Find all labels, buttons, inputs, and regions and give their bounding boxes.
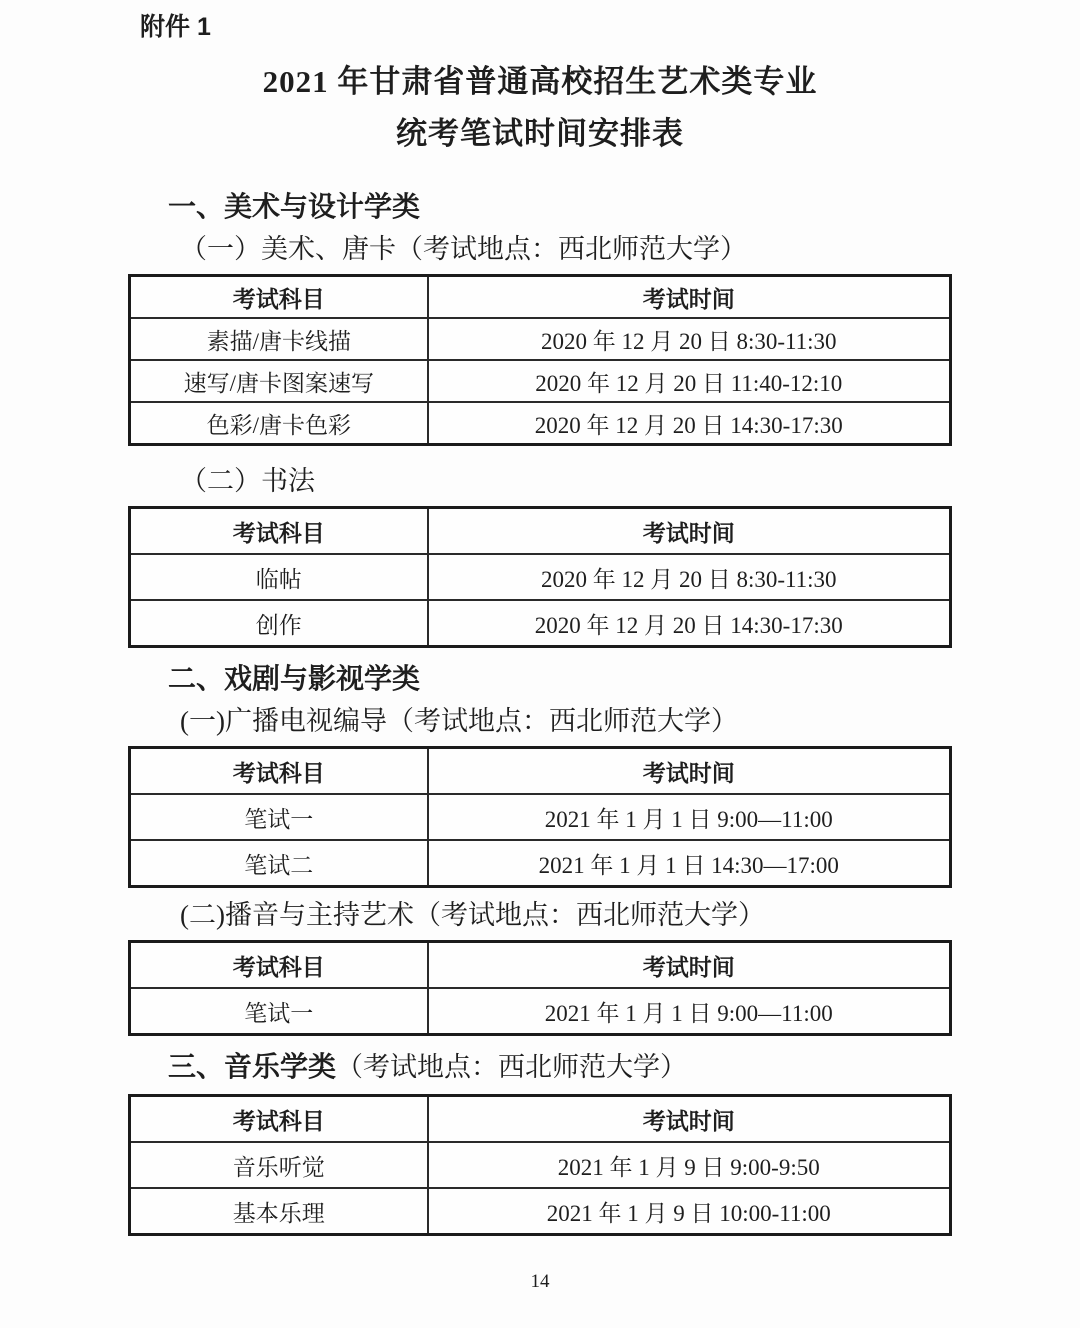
- section-heading-music: 三、音乐学类（考试地点：西北师范大学）: [168, 1050, 952, 1084]
- page-title: 2021 年甘肃省普通高校招生艺术类专业 统考笔试时间安排表: [0, 56, 1080, 160]
- subsection-heading-broadcast-hosting: (二)播音与主持艺术（考试地点：西北师范大学）: [180, 898, 952, 932]
- col-header-subject: 考试科目: [130, 508, 428, 555]
- time-cell: 2021 年 1 月 9 日 10:00-11:00: [428, 1188, 951, 1235]
- col-header-time: 考试时间: [428, 1096, 951, 1143]
- col-header-subject: 考试科目: [130, 1096, 428, 1143]
- col-header-time: 考试时间: [428, 508, 951, 555]
- page-title-line2: 统考笔试时间安排表: [0, 108, 1080, 160]
- page-title-line1: 2021 年甘肃省普通高校招生艺术类专业: [0, 56, 1080, 108]
- subject-cell: 创作: [130, 600, 428, 647]
- table-row: 色彩/唐卡色彩 2020 年 12 月 20 日 14:30-17:30: [130, 402, 951, 445]
- col-header-subject: 考试科目: [130, 942, 428, 989]
- col-header-time: 考试时间: [428, 748, 951, 795]
- table-row: 笔试一 2021 年 1 月 1 日 9:00—11:00: [130, 988, 951, 1035]
- table-header-row: 考试科目 考试时间: [130, 508, 951, 555]
- table-calligraphy: 考试科目 考试时间 临帖 2020 年 12 月 20 日 8:30-11:30…: [128, 506, 952, 648]
- table-row: 基本乐理 2021 年 1 月 9 日 10:00-11:00: [130, 1188, 951, 1235]
- table-row: 音乐听觉 2021 年 1 月 9 日 9:00-9:50: [130, 1142, 951, 1188]
- time-cell: 2021 年 1 月 1 日 14:30—17:00: [428, 840, 951, 887]
- time-cell: 2020 年 12 月 20 日 8:30-11:30: [428, 318, 951, 360]
- table-row: 笔试二 2021 年 1 月 1 日 14:30—17:00: [130, 840, 951, 887]
- table-row: 速写/唐卡图案速写 2020 年 12 月 20 日 11:40-12:10: [130, 360, 951, 402]
- time-cell: 2020 年 12 月 20 日 11:40-12:10: [428, 360, 951, 402]
- subject-cell: 临帖: [130, 554, 428, 600]
- table-music: 考试科目 考试时间 音乐听觉 2021 年 1 月 9 日 9:00-9:50 …: [128, 1094, 952, 1236]
- subject-cell: 音乐听觉: [130, 1142, 428, 1188]
- subject-cell: 速写/唐卡图案速写: [130, 360, 428, 402]
- table-broadcast-directing: 考试科目 考试时间 笔试一 2021 年 1 月 1 日 9:00—11:00 …: [128, 746, 952, 888]
- time-cell: 2020 年 12 月 20 日 8:30-11:30: [428, 554, 951, 600]
- subsection-heading-broadcast-directing: (一)广播电视编导（考试地点：西北师范大学）: [180, 704, 952, 738]
- col-header-subject: 考试科目: [130, 276, 428, 319]
- time-cell: 2020 年 12 月 20 日 14:30-17:30: [428, 402, 951, 445]
- section-heading-fine-art-design: 一、美术与设计学类: [168, 190, 952, 224]
- attachment-label: 附件 1: [140, 0, 1080, 44]
- time-cell: 2020 年 12 月 20 日 14:30-17:30: [428, 600, 951, 647]
- time-cell: 2021 年 1 月 9 日 9:00-9:50: [428, 1142, 951, 1188]
- table-header-row: 考试科目 考试时间: [130, 276, 951, 319]
- subsection-heading-calligraphy: （二）书法: [180, 464, 952, 498]
- time-cell: 2021 年 1 月 1 日 9:00—11:00: [428, 988, 951, 1035]
- table-header-row: 考试科目 考试时间: [130, 942, 951, 989]
- time-cell: 2021 年 1 月 1 日 9:00—11:00: [428, 794, 951, 840]
- table-row: 笔试一 2021 年 1 月 1 日 9:00—11:00: [130, 794, 951, 840]
- table-row: 临帖 2020 年 12 月 20 日 8:30-11:30: [130, 554, 951, 600]
- table-header-row: 考试科目 考试时间: [130, 748, 951, 795]
- section-heading-drama-film: 二、戏剧与影视学类: [168, 662, 952, 696]
- col-header-time: 考试时间: [428, 942, 951, 989]
- table-header-row: 考试科目 考试时间: [130, 1096, 951, 1143]
- subject-cell: 笔试一: [130, 988, 428, 1035]
- subject-cell: 色彩/唐卡色彩: [130, 402, 428, 445]
- col-header-subject: 考试科目: [130, 748, 428, 795]
- section-heading-music-main: 三、音乐学类: [168, 1051, 336, 1082]
- section-heading-music-location: （考试地点：西北师范大学）: [336, 1052, 687, 1082]
- table-row: 素描/唐卡线描 2020 年 12 月 20 日 8:30-11:30: [130, 318, 951, 360]
- table-art-tangka: 考试科目 考试时间 素描/唐卡线描 2020 年 12 月 20 日 8:30-…: [128, 274, 952, 446]
- subject-cell: 基本乐理: [130, 1188, 428, 1235]
- subject-cell: 素描/唐卡线描: [130, 318, 428, 360]
- subject-cell: 笔试二: [130, 840, 428, 887]
- table-row: 创作 2020 年 12 月 20 日 14:30-17:30: [130, 600, 951, 647]
- col-header-time: 考试时间: [428, 276, 951, 319]
- page-number: 14: [128, 1270, 952, 1294]
- document-page: 附件 1 2021 年甘肃省普通高校招生艺术类专业 统考笔试时间安排表 一、美术…: [0, 0, 1080, 1328]
- table-broadcast-hosting: 考试科目 考试时间 笔试一 2021 年 1 月 1 日 9:00—11:00: [128, 940, 952, 1036]
- subject-cell: 笔试一: [130, 794, 428, 840]
- subsection-heading-art-tangka: （一）美术、唐卡（考试地点：西北师范大学）: [180, 232, 952, 266]
